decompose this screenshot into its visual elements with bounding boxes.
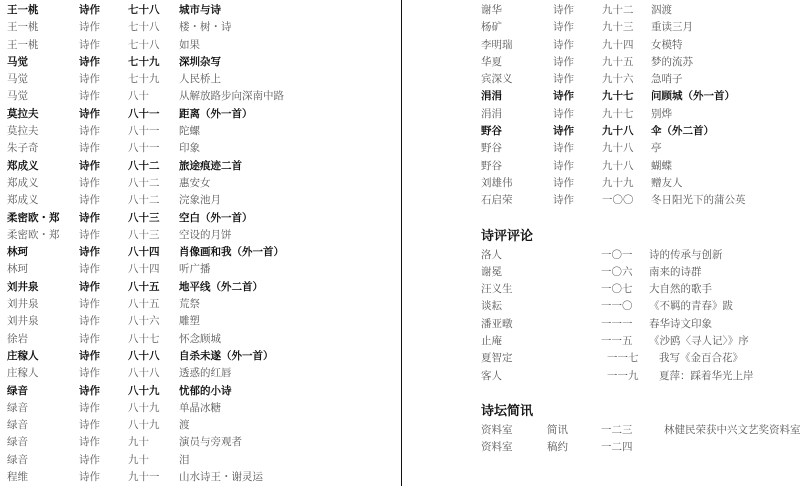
review-author: 谢冕: [481, 264, 502, 281]
entry-type: 诗作: [553, 106, 574, 123]
entry-title: 从解放路步向深南中路: [179, 88, 284, 105]
index-entry-row: 野谷诗作九十八伞（外二首）: [481, 123, 800, 140]
index-entry-row: 绿音诗作八十九单晶冰糖: [7, 400, 397, 417]
index-entry-row: 王一桃诗作七十八楼・树・诗: [7, 19, 397, 36]
index-entry-row: 林珂诗作八十四肖像画和我（外一首）: [7, 244, 397, 261]
entry-title: 陀螺: [179, 123, 200, 140]
review-page: 一一一: [601, 316, 633, 333]
entry-title: 忧郁的小诗: [179, 383, 232, 400]
news-type: 稿约: [547, 439, 568, 456]
entry-page: 八十二: [128, 158, 160, 175]
entry-type: 诗作: [79, 140, 100, 157]
entry-page: 八十九: [128, 400, 160, 417]
entry-type: 诗作: [553, 175, 574, 192]
entry-type: 诗作: [79, 296, 100, 313]
entry-author: 王一桃: [7, 2, 39, 19]
review-author: 止庵: [481, 333, 502, 350]
entry-author: 宾深义: [481, 71, 513, 88]
review-list: 洛人一〇一诗的传承与创新谢冕一〇六南来的诗群汪义生一〇七大自然的歌手谈耘一一〇《…: [481, 247, 800, 385]
index-entry-row: 谈耘一一〇《不羁的青春》跋: [481, 298, 800, 315]
review-title: 南来的诗群: [649, 264, 702, 281]
index-entry-row: 李明瑞诗作九十四女模特: [481, 37, 800, 54]
review-title: 夏萍：踩着华光上岸: [659, 368, 754, 385]
index-entry-row: 王一桃诗作七十八城市与诗: [7, 2, 397, 19]
entry-page: 七十九: [128, 54, 160, 71]
entry-title: 听广播: [179, 261, 211, 278]
index-entry-row: 野谷诗作九十八亭: [481, 140, 800, 157]
entry-type: 诗作: [79, 54, 100, 71]
news-author: 资料室: [481, 422, 513, 439]
entry-author: 林珂: [7, 244, 28, 261]
section-gap: [481, 385, 800, 402]
news-title: 林健民荣获中兴文艺奖资料室: [664, 422, 800, 439]
entry-author: 柔密欧・郑: [7, 227, 60, 244]
review-page: 一一〇: [601, 298, 633, 315]
entry-type: 诗作: [79, 452, 100, 469]
entry-type: 诗作: [79, 400, 100, 417]
entry-page: 八十八: [128, 365, 160, 382]
entry-author: 刘井泉: [7, 296, 39, 313]
index-entry-row: 洛人一〇一诗的传承与创新: [481, 247, 800, 264]
entry-type: 诗作: [79, 244, 100, 261]
news-page: 一二四: [601, 439, 633, 456]
entry-title: 印象: [179, 140, 200, 157]
index-entry-row: 野谷诗作九十八蝴蝶: [481, 158, 800, 175]
entry-title: 荒祭: [179, 296, 200, 313]
index-entry-row: 涓涓诗作九十七别烨: [481, 106, 800, 123]
entry-page: 八十五: [128, 296, 160, 313]
entry-page: 七十八: [128, 19, 160, 36]
entry-type: 诗作: [553, 158, 574, 175]
entry-title: 渡: [179, 417, 190, 434]
entry-title: 赠友人: [651, 175, 683, 192]
entry-page: 九十三: [602, 19, 634, 36]
review-page: 一〇一: [601, 247, 633, 264]
entry-title: 城市与诗: [179, 2, 221, 19]
entry-title: 亭: [651, 140, 662, 157]
entry-page: 九十四: [602, 37, 634, 54]
entry-type: 诗作: [79, 383, 100, 400]
index-entry-row: 宾深义诗作九十六急哨子: [481, 71, 800, 88]
entry-type: 诗作: [79, 88, 100, 105]
entry-author: 刘雄伟: [481, 175, 513, 192]
review-page: 一〇七: [601, 281, 633, 298]
entry-title: 透惑的红唇: [179, 365, 232, 382]
entry-type: 诗作: [79, 279, 100, 296]
review-page: 一一五: [601, 333, 633, 350]
entry-title: 深圳杂写: [179, 54, 221, 71]
entry-title: 人民桥上: [179, 71, 221, 88]
review-author: 夏智定: [481, 350, 513, 367]
index-entry-row: 谢冕一〇六南来的诗群: [481, 264, 800, 281]
index-entry-row: 绿音诗作八十九忧郁的小诗: [7, 383, 397, 400]
entry-title: 肖像画和我（外一首）: [179, 244, 284, 261]
entry-author: 华夏: [481, 54, 502, 71]
entry-author: 涓涓: [481, 88, 502, 105]
review-title: 《不羁的青春》跋: [649, 298, 733, 315]
entry-author: 郑成义: [7, 175, 39, 192]
index-entry-row: 夏智定一一七我写《金百合花》: [481, 350, 800, 367]
entry-page: 七十九: [128, 71, 160, 88]
entry-title: 重读三月: [651, 19, 693, 36]
news-page: 一二三: [601, 422, 633, 439]
entry-page: 七十八: [128, 37, 160, 54]
entry-type: 诗作: [553, 88, 574, 105]
index-entry-row: 马觉诗作七十九深圳杂写: [7, 54, 397, 71]
entry-author: 野谷: [481, 140, 502, 157]
entry-page: 八十: [128, 88, 149, 105]
entry-page: 八十三: [128, 227, 160, 244]
entry-author: 莫拉夫: [7, 106, 39, 123]
entry-title: 雕塑: [179, 313, 200, 330]
review-author: 谈耘: [481, 298, 502, 315]
entry-type: 诗作: [79, 365, 100, 382]
entry-author: 涓涓: [481, 106, 502, 123]
entry-title: 空设的月饼: [179, 227, 232, 244]
entry-title: 单晶冰糖: [179, 400, 221, 417]
right-column: 谢华诗作九十二泅渡杨矿诗作九十三重读三月李明瑞诗作九十四女模特华夏诗作九十五梦的…: [481, 2, 800, 457]
entry-type: 诗作: [79, 123, 100, 140]
index-entry-row: 华夏诗作九十五梦的流苏: [481, 54, 800, 71]
index-entry-row: 刘井泉诗作八十六雕塑: [7, 313, 397, 330]
review-title: 我写《金百合花》: [659, 350, 743, 367]
entry-author: 绿音: [7, 417, 28, 434]
left-column: 王一桃诗作七十八城市与诗王一桃诗作七十八楼・树・诗王一桃诗作七十八如果马觉诗作七…: [7, 2, 397, 486]
index-entry-row: 马觉诗作七十九人民桥上: [7, 71, 397, 88]
entry-type: 诗作: [553, 37, 574, 54]
poem-list-continued: 谢华诗作九十二泅渡杨矿诗作九十三重读三月李明瑞诗作九十四女模特华夏诗作九十五梦的…: [481, 2, 800, 210]
entry-author: 林珂: [7, 261, 28, 278]
review-title: 春华诗文印象: [649, 316, 712, 333]
entry-author: 刘井泉: [7, 279, 39, 296]
entry-author: 杨矿: [481, 19, 502, 36]
index-entry-row: 朱子奇诗作八十一印象: [7, 140, 397, 157]
index-entry-row: 刘井泉诗作八十五荒祭: [7, 296, 397, 313]
entry-author: 绿音: [7, 383, 28, 400]
entry-page: 八十三: [128, 210, 160, 227]
entry-title: 梦的流苏: [651, 54, 693, 71]
news-type: 简讯: [547, 422, 568, 439]
entry-type: 诗作: [79, 19, 100, 36]
entry-page: 八十四: [128, 261, 160, 278]
review-author: 潘亚暾: [481, 316, 513, 333]
review-page: 一一七: [607, 350, 639, 367]
entry-author: 野谷: [481, 158, 502, 175]
entry-type: 诗作: [79, 71, 100, 88]
entry-page: 八十八: [128, 348, 160, 365]
entry-author: 李明瑞: [481, 37, 513, 54]
index-entry-row: 涓涓诗作九十七问顾城（外一首）: [481, 88, 800, 105]
index-entry-row: 谢华诗作九十二泅渡: [481, 2, 800, 19]
index-entry-row: 庄稼人诗作八十八透惑的红唇: [7, 365, 397, 382]
index-entry-row: 绿音诗作九十泪: [7, 452, 397, 469]
entry-title: 别烨: [651, 106, 672, 123]
entry-page: 八十一: [128, 123, 160, 140]
entry-author: 野谷: [481, 123, 502, 140]
entry-type: 诗作: [79, 313, 100, 330]
section-gap: [481, 210, 800, 227]
entry-page: 九十八: [602, 158, 634, 175]
entry-page: 九十: [128, 434, 149, 451]
entry-type: 诗作: [79, 106, 100, 123]
entry-title: 泅渡: [651, 2, 672, 19]
index-entry-row: 林珂诗作八十四听广播: [7, 261, 397, 278]
entry-title: 泪: [179, 452, 190, 469]
entry-page: 九十九: [602, 175, 634, 192]
review-author: 洛人: [481, 247, 502, 264]
index-entry-row: 止庵一一五《沙鸥〈寻人记〉》序: [481, 333, 800, 350]
entry-page: 八十一: [128, 106, 160, 123]
entry-author: 绿音: [7, 434, 28, 451]
review-section-heading: 诗评评论: [481, 227, 800, 247]
entry-type: 诗作: [553, 192, 574, 209]
entry-page: 一〇〇: [602, 192, 634, 209]
entry-title: 浣象池月: [179, 192, 221, 209]
entry-author: 刘井泉: [7, 313, 39, 330]
entry-page: 八十九: [128, 417, 160, 434]
entry-author: 庄稼人: [7, 365, 39, 382]
index-entry-row: 资料室简讯一二三林健民荣获中兴文艺奖资料室: [481, 422, 800, 439]
entry-type: 诗作: [553, 54, 574, 71]
entry-page: 九十八: [602, 140, 634, 157]
entry-title: 距离（外一首）: [179, 106, 253, 123]
entry-type: 诗作: [553, 19, 574, 36]
index-entry-row: 郑成义诗作八十二旅途痕迹二首: [7, 158, 397, 175]
entry-author: 柔密欧・郑: [7, 210, 60, 227]
entry-author: 程维: [7, 469, 28, 486]
entry-type: 诗作: [79, 434, 100, 451]
index-entry-row: 绿音诗作八十九渡: [7, 417, 397, 434]
entry-page: 九十一: [128, 469, 160, 486]
entry-type: 诗作: [553, 123, 574, 140]
entry-page: 八十四: [128, 244, 160, 261]
entry-type: 诗作: [79, 417, 100, 434]
entry-type: 诗作: [79, 37, 100, 54]
entry-type: 诗作: [79, 348, 100, 365]
entry-author: 绿音: [7, 400, 28, 417]
index-entry-row: 莫拉夫诗作八十一陀螺: [7, 123, 397, 140]
entry-title: 伞（外二首）: [651, 123, 714, 140]
entry-type: 诗作: [79, 469, 100, 486]
entry-author: 莫拉夫: [7, 123, 39, 140]
entry-title: 如果: [179, 37, 200, 54]
review-title: 《沙鸥〈寻人记〉》序: [649, 333, 749, 350]
entry-page: 七十八: [128, 2, 160, 19]
index-entry-row: 刘雄伟诗作九十九赠友人: [481, 175, 800, 192]
entry-page: 八十一: [128, 140, 160, 157]
index-entry-row: 潘亚暾一一一春华诗文印象: [481, 316, 800, 333]
entry-title: 自杀未遂（外一首）: [179, 348, 274, 365]
entry-author: 郑成义: [7, 158, 39, 175]
index-entry-row: 王一桃诗作七十八如果: [7, 37, 397, 54]
entry-title: 急哨子: [651, 71, 683, 88]
entry-author: 王一桃: [7, 37, 39, 54]
entry-title: 地平线（外二首）: [179, 279, 263, 296]
entry-page: 九十: [128, 452, 149, 469]
entry-author: 马觉: [7, 88, 28, 105]
entry-page: 九十八: [602, 123, 634, 140]
index-entry-row: 柔密欧・郑诗作八十三空设的月饼: [7, 227, 397, 244]
entry-page: 九十二: [602, 2, 634, 19]
entry-page: 八十七: [128, 331, 160, 348]
entry-author: 绿音: [7, 452, 28, 469]
entry-author: 徐岩: [7, 331, 28, 348]
entry-type: 诗作: [553, 2, 574, 19]
review-author: 汪义生: [481, 281, 513, 298]
entry-title: 山水诗王・谢灵运: [179, 469, 263, 486]
index-entry-row: 郑成义诗作八十二浣象池月: [7, 192, 397, 209]
entry-author: 朱子奇: [7, 140, 39, 157]
entry-page: 八十九: [128, 383, 160, 400]
entry-title: 冬日阳光下的蒲公英: [651, 192, 746, 209]
index-entry-row: 柔密欧・郑诗作八十三空白（外一首）: [7, 210, 397, 227]
entry-title: 空白（外一首）: [179, 210, 253, 227]
entry-author: 马觉: [7, 54, 28, 71]
column-divider: [401, 0, 402, 486]
entry-author: 庄稼人: [7, 348, 39, 365]
entry-title: 怀念顾城: [179, 331, 221, 348]
index-entry-row: 资料室稿约一二四: [481, 439, 800, 456]
entry-type: 诗作: [79, 210, 100, 227]
index-entry-row: 汪义生一〇七大自然的歌手: [481, 281, 800, 298]
entry-author: 王一桃: [7, 19, 39, 36]
entry-page: 八十五: [128, 279, 160, 296]
entry-type: 诗作: [79, 175, 100, 192]
news-list: 资料室简讯一二三林健民荣获中兴文艺奖资料室资料室稿约一二四: [481, 422, 800, 457]
entry-title: 惠安女: [179, 175, 211, 192]
entry-type: 诗作: [79, 261, 100, 278]
index-entry-row: 刘井泉诗作八十五地平线（外二首）: [7, 279, 397, 296]
review-title: 大自然的歌手: [649, 281, 712, 298]
index-entry-row: 客人一一九夏萍：踩着华光上岸: [481, 368, 800, 385]
index-entry-row: 莫拉夫诗作八十一距离（外一首）: [7, 106, 397, 123]
entry-page: 九十六: [602, 71, 634, 88]
index-entry-row: 庄稼人诗作八十八自杀未遂（外一首）: [7, 348, 397, 365]
entry-title: 问顾城（外一首）: [651, 88, 735, 105]
entry-type: 诗作: [79, 227, 100, 244]
entry-page: 九十五: [602, 54, 634, 71]
index-entry-row: 杨矿诗作九十三重读三月: [481, 19, 800, 36]
index-entry-row: 徐岩诗作八十七怀念顾城: [7, 331, 397, 348]
entry-author: 马觉: [7, 71, 28, 88]
index-entry-row: 石启荣诗作一〇〇冬日阳光下的蒲公英: [481, 192, 800, 209]
entry-author: 郑成义: [7, 192, 39, 209]
entry-type: 诗作: [79, 2, 100, 19]
index-entry-row: 郑成义诗作八十二惠安女: [7, 175, 397, 192]
review-page: 一〇六: [601, 264, 633, 281]
entry-page: 八十二: [128, 175, 160, 192]
entry-title: 楼・树・诗: [179, 19, 232, 36]
news-section-heading: 诗坛简讯: [481, 402, 800, 422]
entry-page: 八十六: [128, 313, 160, 330]
index-entry-row: 程维诗作九十一山水诗王・谢灵运: [7, 469, 397, 486]
entry-page: 九十七: [602, 106, 634, 123]
entry-title: 演员与旁观者: [179, 434, 242, 451]
entry-type: 诗作: [79, 331, 100, 348]
entry-title: 蝴蝶: [651, 158, 672, 175]
entry-author: 谢华: [481, 2, 502, 19]
index-entry-row: 马觉诗作八十从解放路步向深南中路: [7, 88, 397, 105]
review-author: 客人: [481, 368, 502, 385]
entry-type: 诗作: [79, 158, 100, 175]
entry-title: 旅途痕迹二首: [179, 158, 242, 175]
entry-title: 女模特: [651, 37, 683, 54]
index-entry-row: 绿音诗作九十演员与旁观者: [7, 434, 397, 451]
review-page: 一一九: [607, 368, 639, 385]
entry-page: 八十二: [128, 192, 160, 209]
entry-type: 诗作: [553, 140, 574, 157]
entry-type: 诗作: [79, 192, 100, 209]
review-title: 诗的传承与创新: [649, 247, 723, 264]
news-author: 资料室: [481, 439, 513, 456]
entry-author: 石启荣: [481, 192, 513, 209]
entry-type: 诗作: [553, 71, 574, 88]
entry-page: 九十七: [602, 88, 634, 105]
